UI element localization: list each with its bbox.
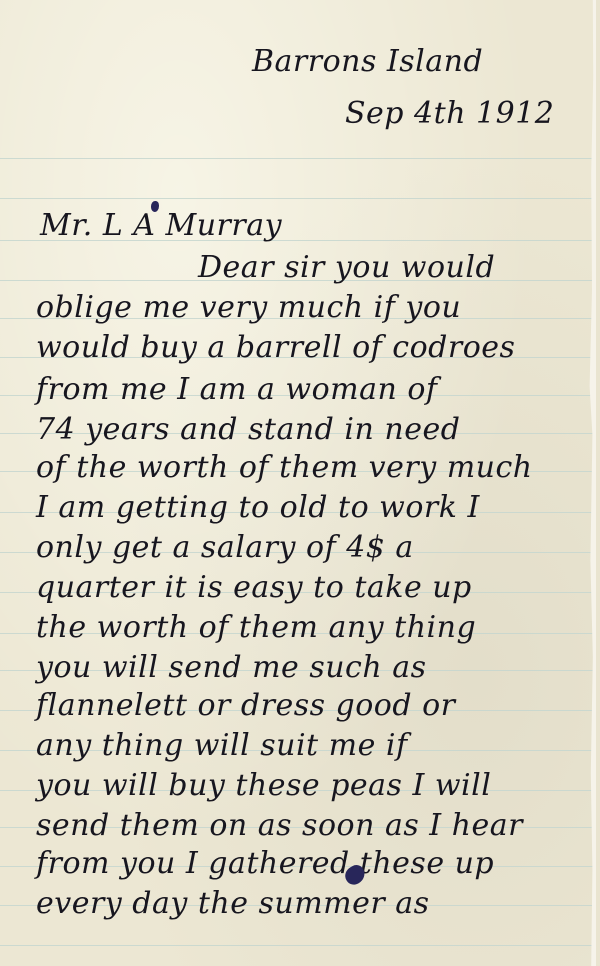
- body-line: from me I am a woman of: [36, 372, 438, 407]
- letter-greeting: Dear sir you would: [198, 250, 495, 285]
- body-line: flannelett or dress good or: [36, 688, 456, 723]
- body-line: I am getting to old to work I: [36, 490, 480, 525]
- body-line: the worth of them any thing: [36, 610, 476, 645]
- body-line: you will buy these peas I will: [36, 768, 491, 803]
- body-line: every day the summer as: [36, 886, 430, 921]
- body-line: 74 years and stand in need: [36, 412, 460, 447]
- body-line: from you I gathered these up: [36, 846, 494, 881]
- body-line: oblige me very much if you: [36, 290, 461, 325]
- body-line: any thing will suit me if: [36, 728, 408, 763]
- body-line: you will send me such as: [36, 650, 426, 685]
- body-line: of the worth of them very much: [36, 450, 533, 485]
- torn-edge: [588, 0, 596, 966]
- body-line: only get a salary of 4$ a: [36, 530, 414, 565]
- body-line: send them on as soon as I hear: [36, 808, 523, 843]
- ruled-line: [0, 158, 596, 159]
- body-line: quarter it is easy to take up: [36, 570, 472, 605]
- letter-page: Barrons Island Sep 4th 1912 Mr. L A Murr…: [0, 0, 596, 966]
- letter-date: Sep 4th 1912: [345, 96, 554, 131]
- letter-place: Barrons Island: [252, 44, 483, 79]
- ruled-line: [0, 945, 596, 946]
- letter-addressee: Mr. L A Murray: [40, 208, 282, 243]
- ruled-line: [0, 198, 596, 199]
- body-line: would buy a barrell of codroes: [36, 330, 515, 365]
